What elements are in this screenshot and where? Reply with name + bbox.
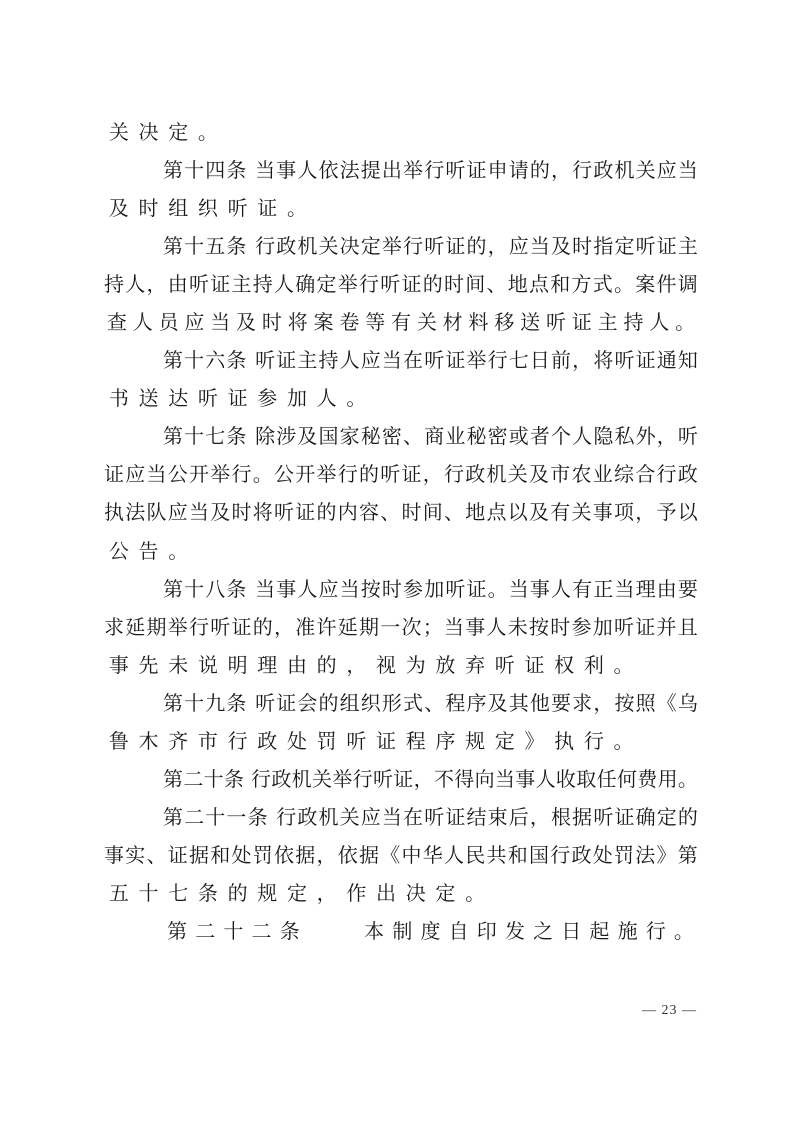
- text-line: 事先未说明理由的，视为放弃听证权利。: [104, 646, 698, 684]
- text-line: 鲁木齐市行政处罚听证程序规定》执行。: [104, 722, 698, 760]
- text-line: 公告。: [104, 532, 698, 570]
- document-body: 关决定。第十四条 当事人依法提出举行听证申请的，行政机关应当及时组织听证。第十五…: [104, 113, 698, 950]
- text-line: 求延期举行听证的，准许延期一次；当事人未按时参加听证并且: [104, 608, 698, 646]
- text-line: 第十九条 听证会的组织形式、程序及其他要求，按照《乌: [104, 684, 698, 722]
- text-line: 关决定。: [104, 113, 698, 151]
- text-line: 第十六条 听证主持人应当在听证举行七日前，将听证通知: [104, 341, 698, 379]
- text-line: 第二十二条 本制度自印发之日起施行。: [104, 912, 698, 950]
- text-line: 及时组织听证。: [104, 189, 698, 227]
- text-line: 事实、证据和处罚依据，依据《中华人民共和国行政处罚法》第: [104, 836, 698, 874]
- text-line: 第十七条 除涉及国家秘密、商业秘密或者个人隐私外，听: [104, 417, 698, 455]
- text-line: 第十五条 行政机关决定举行听证的，应当及时指定听证主: [104, 227, 698, 265]
- text-line: 第十八条 当事人应当按时参加听证。当事人有正当理由要: [104, 570, 698, 608]
- text-line: 第十四条 当事人依法提出举行听证申请的，行政机关应当: [104, 151, 698, 189]
- page-number: — 23 —: [642, 1003, 697, 1019]
- text-line: 第二十一条 行政机关应当在听证结束后，根据听证确定的: [104, 798, 698, 836]
- text-line: 第二十条 行政机关举行听证，不得向当事人收取任何费用。: [104, 760, 698, 798]
- text-line: 持人，由听证主持人确定举行听证的时间、地点和方式。案件调: [104, 265, 698, 303]
- text-line: 证应当公开举行。公开举行的听证，行政机关及市农业综合行政: [104, 455, 698, 493]
- document-page: 关决定。第十四条 当事人依法提出举行听证申请的，行政机关应当及时组织听证。第十五…: [0, 0, 793, 1122]
- text-line: 执法队应当及时将听证的内容、时间、地点以及有关事项，予以: [104, 493, 698, 531]
- text-line: 查人员应当及时将案卷等有关材料移送听证主持人。: [104, 303, 698, 341]
- text-line: 五十七条的规定，作出决定。: [104, 874, 698, 912]
- text-line: 书送达听证参加人。: [104, 379, 698, 417]
